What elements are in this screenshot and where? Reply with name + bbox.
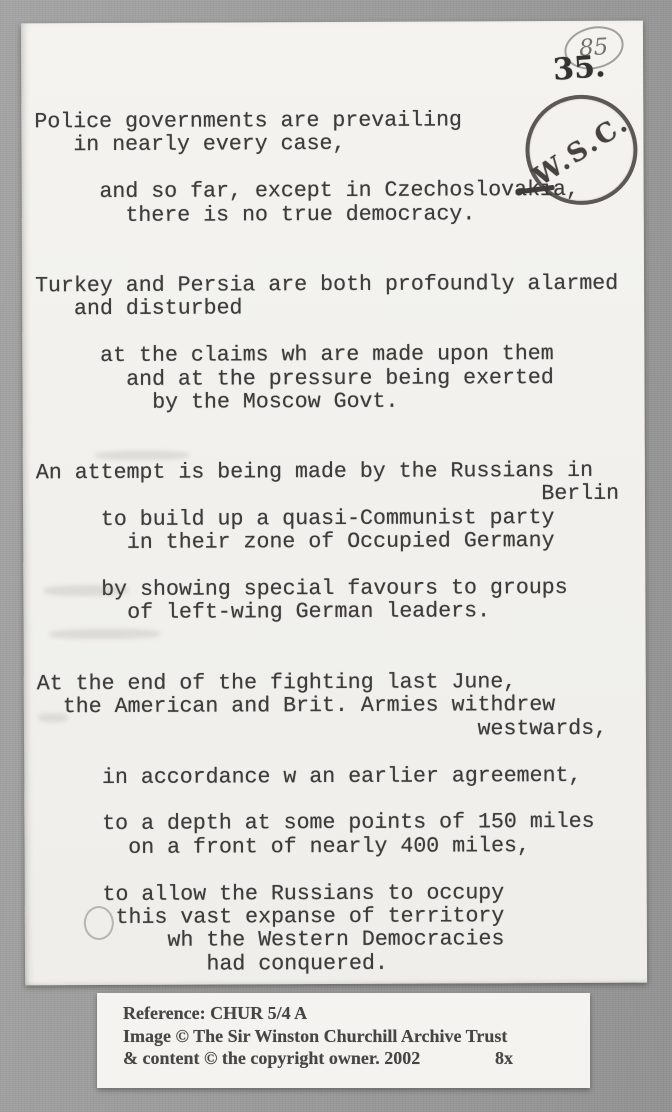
reference-line: Reference: CHUR 5/4 A	[123, 1002, 590, 1025]
typed-paragraph-turkey-persia: Turkey and Persia are both profoundly al…	[35, 273, 619, 416]
document-page: 85 35. W.S.C. Police governments are pre…	[21, 21, 647, 986]
page-number: 35.	[552, 49, 607, 88]
typed-paragraph-russians-berlin: An attempt is being made by the Russians…	[36, 460, 620, 626]
magnification-label: 8x	[495, 1047, 513, 1070]
typed-paragraph-police-governments: Police governments are prevailing in nea…	[34, 109, 579, 228]
smudge-mark	[50, 629, 160, 639]
typed-paragraph-fighting-last-june: At the end of the fighting last June, th…	[37, 671, 608, 978]
reference-label: Reference: CHUR 5/4 A Image © The Sir Wi…	[97, 993, 590, 1088]
smudge-mark	[43, 585, 129, 596]
punch-hole-mark	[84, 906, 114, 940]
content-credit-line: & content © the copyright owner. 2002	[123, 1048, 420, 1068]
smudge-mark	[38, 713, 68, 722]
image-credit-line: Image © The Sir Winston Churchill Archiv…	[123, 1025, 590, 1048]
smudge-mark	[95, 451, 190, 460]
